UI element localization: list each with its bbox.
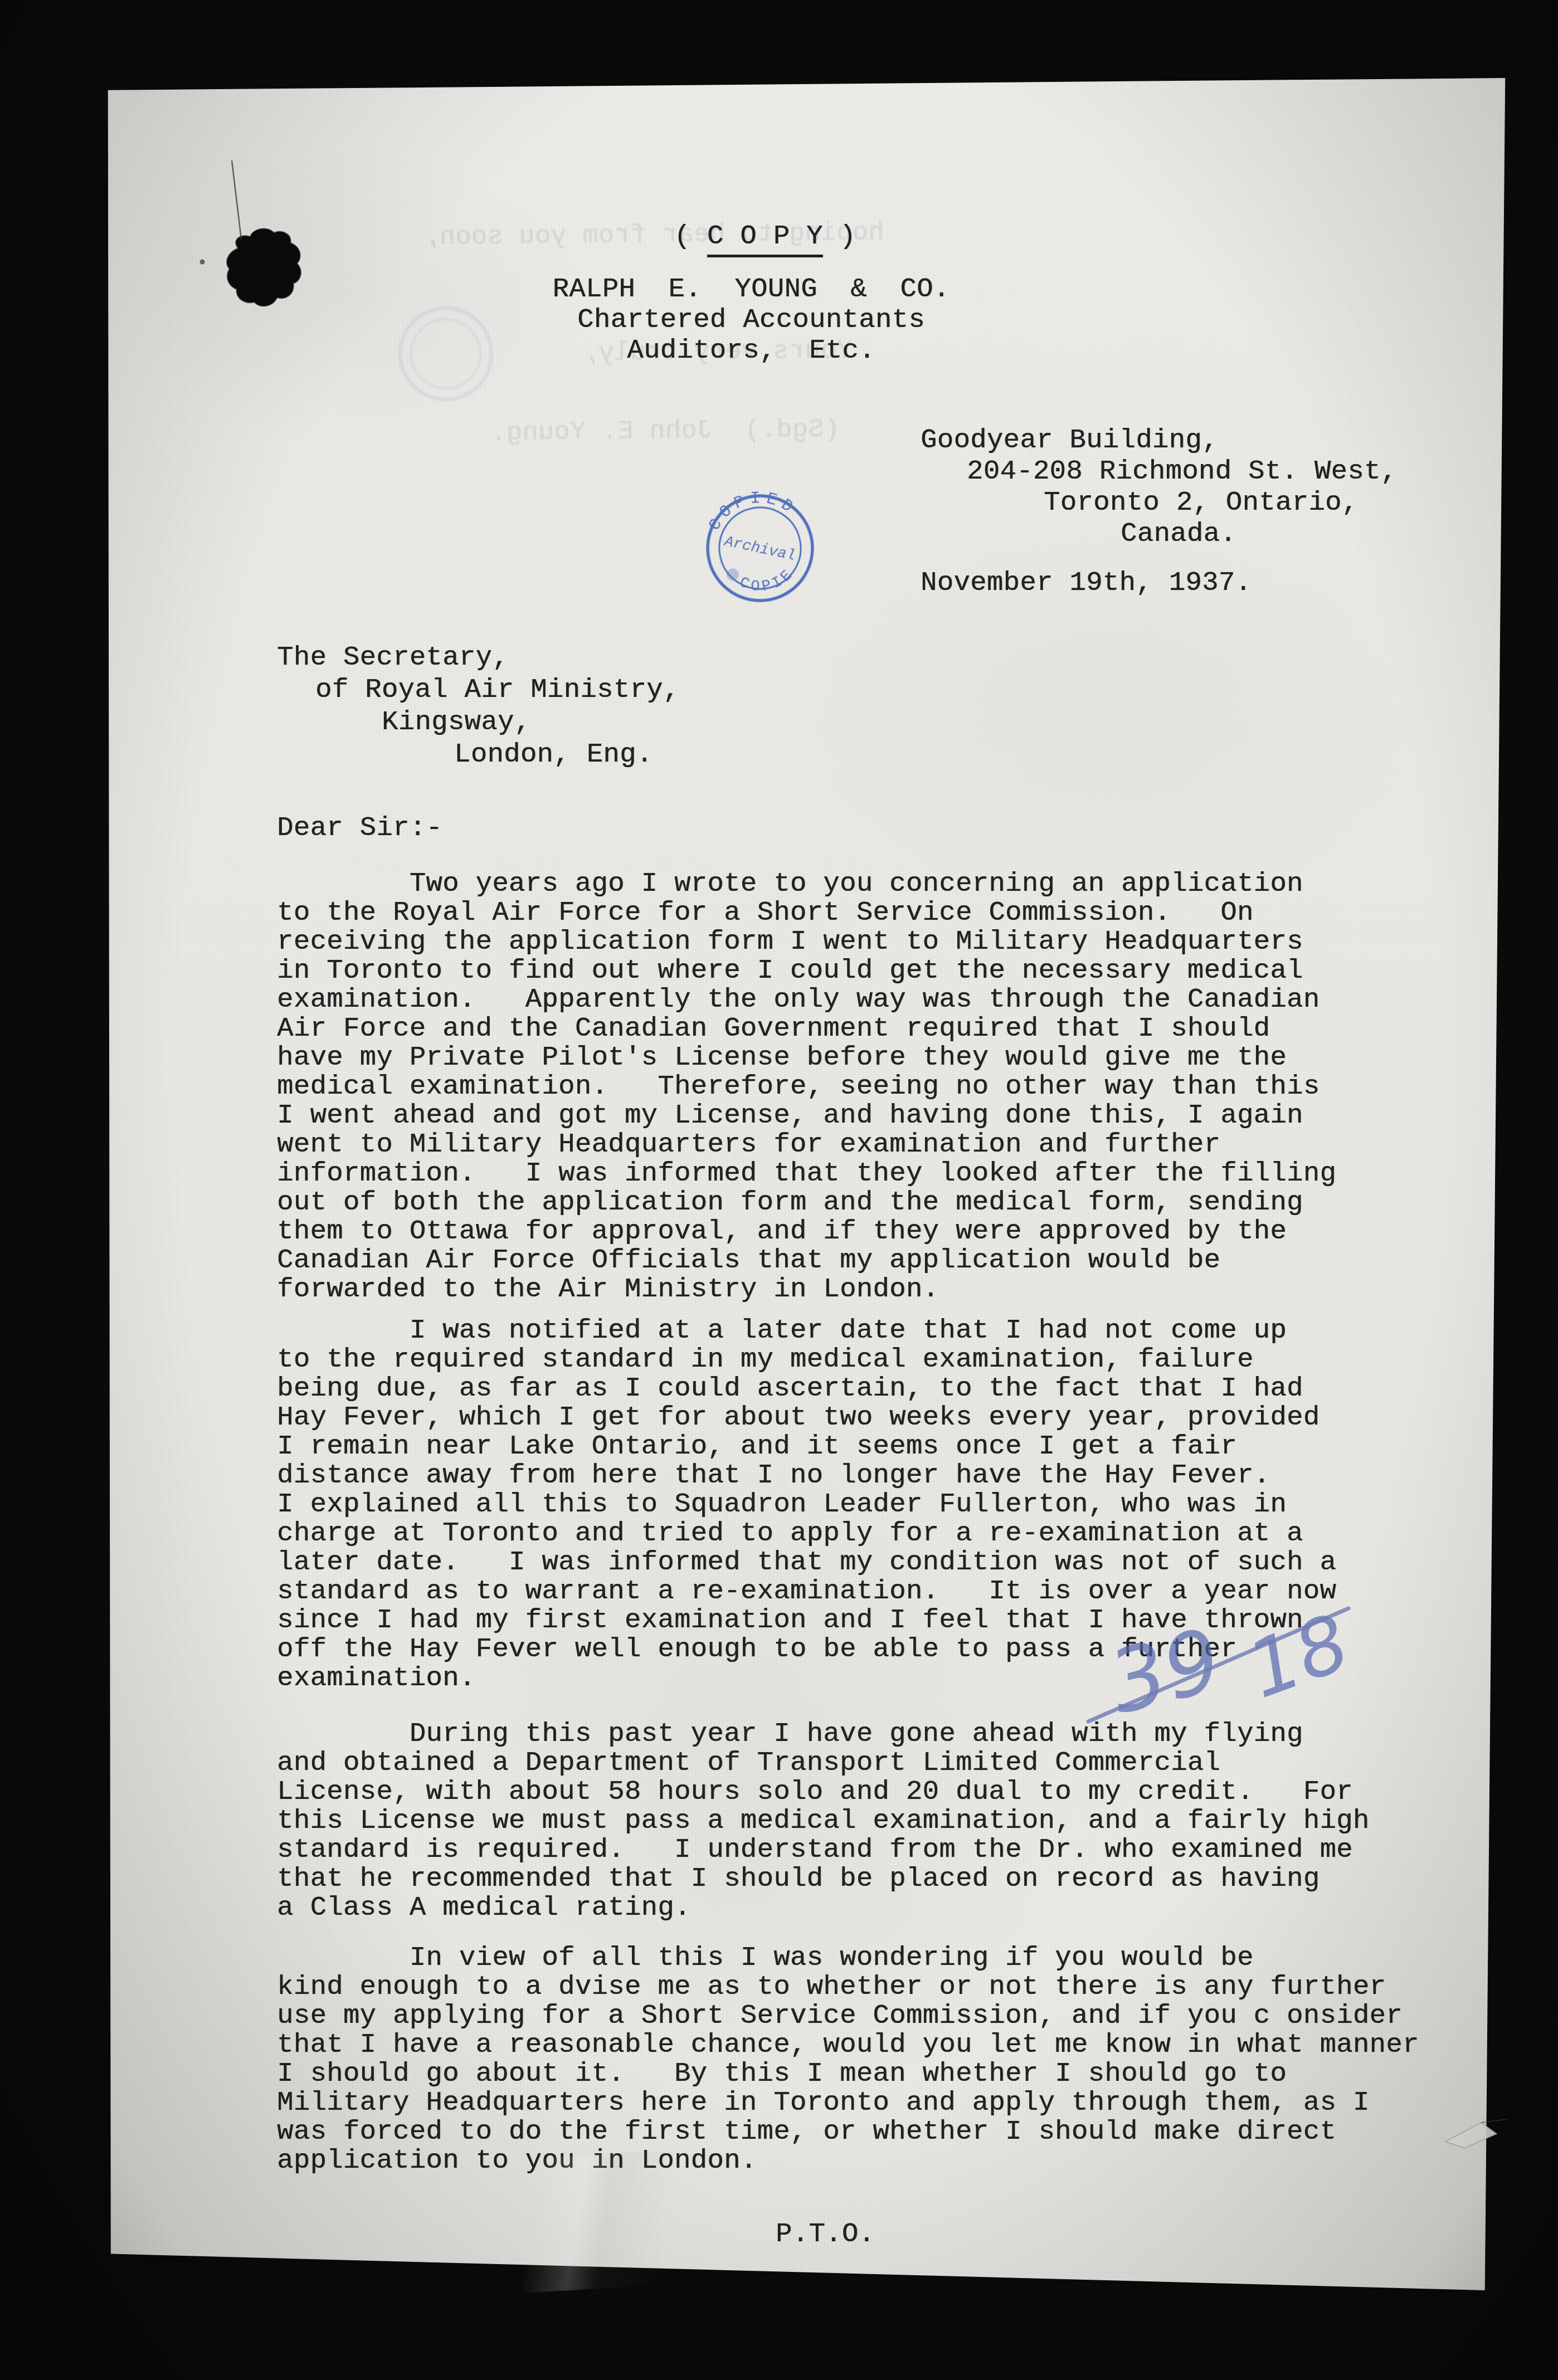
recipient-line: Kingsway, (382, 706, 530, 738)
salutation: Dear Sir:- (277, 812, 442, 843)
archival-copied-stamp-icon: COPIED COPIE Archival (689, 477, 831, 620)
annotation-number-right: 18 (1236, 1597, 1361, 1716)
sender-address-line: Canada. (1121, 518, 1236, 549)
sender-address-line: Goodyear Building, (921, 425, 1219, 456)
annotation-number-left: 39 (1100, 1609, 1231, 1733)
stamp-ink-smudge (726, 567, 740, 582)
copy-suffix: ) (823, 221, 856, 252)
ink-speck (200, 260, 205, 265)
sender-address-line: Toronto 2, Ontario, (1044, 487, 1358, 518)
notch-shape (1445, 2123, 1497, 2148)
recipient-line: London, Eng. (454, 739, 653, 770)
recipient-line: of Royal Air Ministry, (315, 674, 680, 705)
body-paragraph-1: Two years ago I wrote to you concerning … (277, 869, 1336, 1304)
scratch-line (232, 160, 241, 240)
copy-header: ( C O P Y ) (641, 189, 856, 252)
handwritten-annotation: 39 18 (1078, 1591, 1379, 1763)
firm-letterhead: RALPH E. YOUNG & CO.Chartered Accountant… (539, 274, 963, 366)
photo-canvas: { "photo": { "background": "#0a0a0b", "p… (0, 0, 1558, 2380)
stamp-center-text: Archival (722, 533, 797, 565)
stamp-arc-bottom-text: COPIE (734, 563, 800, 601)
edge-tear-notch (1441, 2117, 1513, 2156)
recipient-line: The Secretary, (277, 642, 509, 673)
ghost-stamp-outer-ring (393, 301, 499, 407)
notch-crack (1481, 2119, 1507, 2123)
date-line: November 19th, 1937. (921, 567, 1252, 598)
ghost-line-3: (Sgd.) John E. Young. (490, 415, 840, 448)
hole-shape (226, 228, 302, 307)
paper-hole (184, 156, 340, 334)
ghost-stamp-inner-ring (406, 314, 486, 394)
ghost-archival-stamp-icon (384, 292, 507, 415)
copy-underlined-word: C O P Y (707, 221, 823, 257)
pto-footer: P.T.O. (776, 2218, 875, 2250)
body-paragraph-4: In view of all this I was wondering if y… (277, 1943, 1419, 2175)
sender-address-line: 204-208 Richmond St. West, (967, 456, 1397, 487)
copy-prefix: ( (674, 221, 707, 252)
